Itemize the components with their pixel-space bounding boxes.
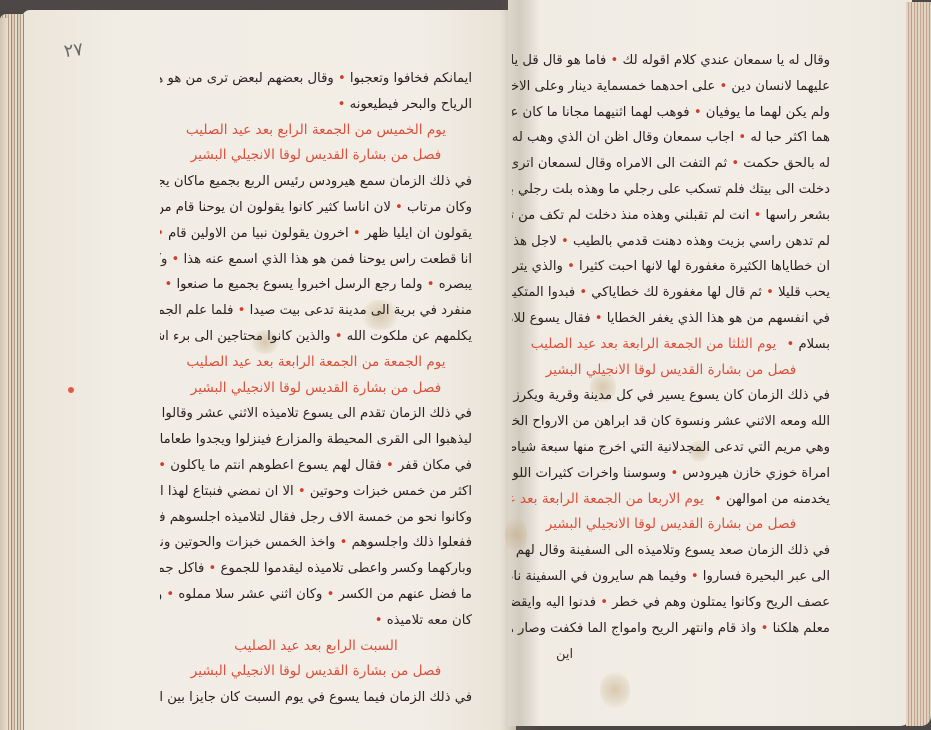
red-verse-dot: • [386, 458, 394, 473]
rubric-heading: السبت الرابع بعد عيد الصليب [160, 634, 472, 660]
rubric-heading: فصل من بشارة القديس لوقا الانجيلي البشير [160, 143, 472, 169]
text-line: وباركهما وكسر واعطى تلاميذه ليقدموا للجم… [160, 556, 472, 582]
text-line: لم تدهن راسي بزيت وهذه دهنت قدمي بالطيب … [512, 229, 830, 255]
red-verse-dot: • [579, 285, 587, 300]
catchword: اين [556, 647, 573, 662]
text-line: في ذلك الزمان تقدم الى يسوع تلاميذه الاث… [160, 401, 472, 427]
red-verse-dot: • [561, 234, 569, 249]
red-verse-dot: • [160, 458, 166, 473]
red-verse-dot: • [353, 226, 361, 241]
red-verse-dot: • [238, 303, 246, 318]
red-verse-dot: • [714, 492, 722, 507]
red-verse-dot: • [335, 329, 343, 344]
red-verse-dot: • [395, 200, 403, 215]
red-ink-spot [68, 387, 74, 393]
text-line: الرياح والبحر فيطيعونه • [160, 92, 472, 118]
text-line: هما اكثر حبا له • اجاب سمعان وقال اظن ان… [512, 125, 830, 151]
text-line: في ذلك الزمان كان يسوع يسير في كل مدينة … [512, 383, 830, 409]
red-verse-dot: • [761, 621, 769, 636]
folio-number: ٢٧ [63, 39, 85, 62]
red-verse-dot: • [338, 97, 346, 112]
open-manuscript: ٢٧ ايمانكم فخافوا وتعجبوا • وقال بعضهم ل… [0, 0, 931, 730]
text-line: ليذهبوا الى القرى المحيطة والمزارع فينزل… [160, 427, 472, 453]
text-line: عليهما لانسان دين • على احدهما خمسماية د… [512, 74, 830, 100]
text-line: وكانوا نحو من خمسة الاف رجل فقال لتلاميذ… [160, 505, 472, 531]
red-verse-dot: • [427, 277, 435, 292]
right-page-text: وقال له يا سمعان عندي كلام اقوله لك • فا… [512, 48, 830, 641]
text-line: معلم هلكنا • واذ قام وانتهر الريح وامواج… [512, 616, 830, 642]
text-fragment: يخدمنه من اموالهن • [714, 492, 830, 507]
text-line: كان معه تلاميذه • [160, 608, 472, 634]
text-line: انا قطعت راس يوحنا فمن هو هذا الذي اسمع … [160, 247, 472, 273]
text-fragment: بسلام • [787, 337, 830, 352]
red-verse-dot: • [172, 252, 180, 267]
text-line: ففعلوا ذلك واجلسوهم • واخذ الخمس خبزات و… [160, 530, 472, 556]
left-page-text: ايمانكم فخافوا وتعجبوا • وقال بعضهم لبعض… [160, 66, 472, 711]
red-verse-dot: • [766, 285, 774, 300]
text-line: يكلمهم عن ملكوت الله • والذين كانوا محتا… [160, 324, 472, 350]
text-line: بشعر راسها • انت لم تقبلني وهذه منذ دخلت… [512, 203, 830, 229]
red-verse-dot: • [338, 71, 346, 86]
text-line: في ذلك الزمان فيما يسوع في يوم السبت كان… [160, 685, 472, 711]
left-cover-edge [0, 18, 8, 730]
right-page-edges [906, 2, 931, 726]
red-verse-dot: • [731, 156, 739, 171]
red-verse-dot: • [738, 130, 746, 145]
rubric-heading: فصل من بشارة القديس لوقا الانجيلي البشير [512, 512, 830, 538]
text-line: ان خطاياها الكثيرة مغفورة لها لانها احبت… [512, 254, 830, 280]
text-line: ما فضل عنهم من الكسر • وكان اثني عشر سلا… [160, 582, 472, 608]
red-verse-dot: • [610, 53, 618, 68]
red-verse-dot: • [208, 561, 216, 576]
text-line: وهي مريم التي تدعى المجدلانية التي اخرج … [512, 435, 830, 461]
text-line-with-rubric: يخدمنه من اموالهن • يوم الاربعا من الجمع… [512, 487, 830, 513]
text-line: في مكان قفر • فقال لهم يسوع اعطوهم انتم … [160, 453, 472, 479]
red-verse-dot: • [327, 587, 335, 602]
red-verse-dot: • [165, 277, 173, 292]
text-line: وقال له يا سمعان عندي كلام اقوله لك • فا… [512, 48, 830, 74]
red-verse-dot: • [719, 79, 727, 94]
red-verse-dot: • [340, 535, 348, 550]
text-line: امراة خوزي خازن هيرودس • وسوسنا واخرات ك… [512, 461, 830, 487]
red-verse-dot: • [595, 311, 603, 326]
text-line: وكان مرتاب • لان اناسا كثير كانوا يقولون… [160, 195, 472, 221]
text-line: له بالحق حكمت • ثم التفت الى الامراه وقا… [512, 151, 830, 177]
red-verse-dot: • [375, 613, 383, 628]
text-line: يبصره • ولما رجع الرسل اخبروا يسوع بجميع… [160, 272, 472, 298]
red-verse-dot: • [694, 105, 702, 120]
text-line-with-rubric: بسلام • يوم الثلثا من الجمعة الرابعة بعد… [512, 332, 830, 358]
text-line: في ذلك الزمان سمع هيرودس رئيس الربع بجمي… [160, 169, 472, 195]
text-line: يحب قليلا • ثم قال لها مغفورة لك خطاياكي… [512, 280, 830, 306]
red-verse-dot: • [166, 587, 174, 602]
red-verse-dot: • [160, 226, 164, 241]
red-verse-dot: • [600, 595, 608, 610]
red-verse-dot: • [754, 208, 762, 223]
red-verse-dot: • [298, 484, 306, 499]
red-verse-dot: • [670, 466, 678, 481]
red-verse-dot: • [787, 337, 795, 352]
text-line: ولم يكن لهما ما يوفيان • فوهب لهما اثنيه… [512, 100, 830, 126]
rubric-heading: يوم الثلثا من الجمعة الرابعة بعد عيد الص… [531, 336, 777, 352]
rubric-heading: يوم الاربعا من الجمعة الرابعة بعد عيد ال… [512, 491, 704, 507]
text-line: يقولون ان ايليا ظهر • اخرون يقولون نبيا … [160, 221, 472, 247]
text-line: عصف الريح وكانوا يمتلون وهم في خطر • فدن… [512, 590, 830, 616]
text-line: دخلت الى بيتك فلم تسكب على رجلي ما وهذه … [512, 177, 830, 203]
text-line: في ذلك الزمان صعد يسوع وتلاميذه الى السف… [512, 538, 830, 564]
rubric-heading: فصل من بشارة القديس لوقا الانجيلي البشير [512, 358, 830, 384]
text-line: منفرد في برية الى مدينة تدعى بيت صيدا • … [160, 298, 472, 324]
text-line: في انفسهم من هو هذا الذي يغفر الخطايا • … [512, 306, 830, 332]
text-line: الله ومعه الاثني عشر ونسوة كان قد ابراهن… [512, 409, 830, 435]
rubric-heading: فصل من بشارة القديس لوقا الانجيلي البشير [160, 376, 472, 402]
red-verse-dot: • [691, 569, 699, 584]
text-line: ايمانكم فخافوا وتعجبوا • وقال بعضهم لبعض… [160, 66, 472, 92]
rubric-heading: فصل من بشارة القديس لوقا الانجيلي البشير [160, 659, 472, 685]
text-line: اكثر من خمس خبزات وحوتين • الا ان نمضي ف… [160, 479, 472, 505]
rubric-heading: يوم الجمعة من الجمعة الرابعة بعد عيد الص… [160, 350, 472, 376]
red-verse-dot: • [567, 259, 575, 274]
text-line: الى عبر البحيرة فساروا • وفيما هم سايرون… [512, 564, 830, 590]
rubric-heading: يوم الخميس من الجمعة الرابع بعد عيد الصل… [160, 118, 472, 144]
